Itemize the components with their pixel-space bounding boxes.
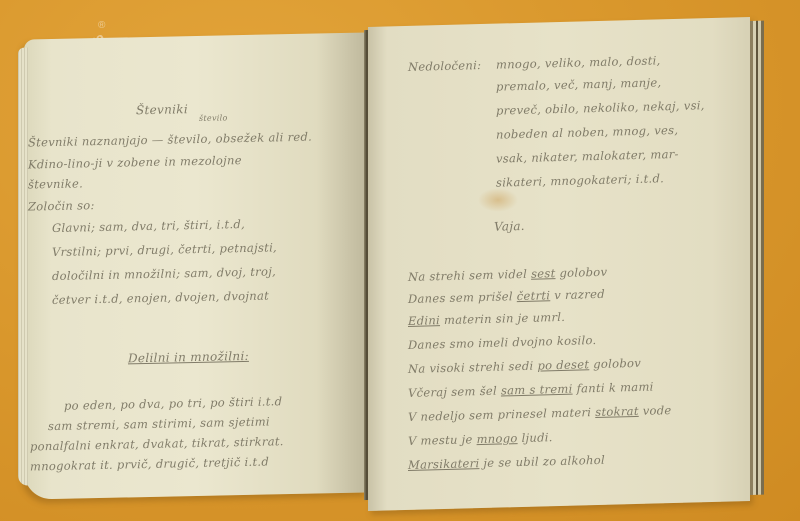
left-subheading: Delilni in množilni: bbox=[128, 349, 249, 366]
page-stack-edge bbox=[18, 48, 28, 486]
left-line: števnike. bbox=[28, 176, 83, 191]
left-line: Zoločin so: bbox=[28, 198, 95, 213]
exercise-line: Danes sem prišel četrti v razred bbox=[408, 287, 605, 306]
right-line: premalo, več, manj, manje, bbox=[496, 75, 661, 93]
exercise-line: Danes smo imeli dvojno kosilo. bbox=[408, 333, 597, 352]
right-line: vsak, nikater, malokater, mar- bbox=[496, 147, 679, 166]
right-line: nobeden al noben, mnog, ves, bbox=[496, 123, 678, 142]
left-line: četver i.t.d, enojen, dvojen, dvojnat bbox=[52, 288, 269, 307]
left-superscript: število bbox=[199, 113, 228, 123]
exercise-line: V nedeljo sem prinesel materi stokrat vo… bbox=[408, 403, 672, 424]
exercise-line: Na visoki strehi sedi po deset golobov bbox=[408, 356, 641, 376]
left-line: mnogokrat it. prvič, drugič, tretjič i.t… bbox=[30, 454, 269, 473]
right-heading: Vaja. bbox=[494, 219, 525, 234]
exercise-line: V mestu je mnogo ljudi. bbox=[408, 430, 553, 448]
left-line: Glavni; sam, dva, tri, štiri, i.t.d, bbox=[52, 217, 245, 235]
left-line: Vrstilni; prvi, drugi, četrti, petnajsti… bbox=[52, 240, 277, 259]
left-line: določilni in množilni; sam, dvoj, troj, bbox=[52, 264, 276, 283]
left-line: ponalfalni enkrat, dvakat, tikrat, stirk… bbox=[30, 434, 284, 453]
left-line: Števniki naznanjajo — število, obsežek a… bbox=[28, 130, 312, 150]
exercise-line: Na strehi sem videl sest golobov bbox=[408, 265, 607, 284]
right-line: sikateri, mnogokateri; i.t.d. bbox=[496, 171, 664, 189]
right-label: Nedoločeni: bbox=[408, 58, 481, 74]
left-line: po eden, po dva, po tri, po štiri i.t.d bbox=[64, 394, 282, 413]
notebook-right-page: Nedoločeni: mnogo, veliko, malo, dosti, … bbox=[368, 17, 750, 511]
left-line: sam stremi, sam stirimi, sam sjetimi bbox=[48, 414, 270, 433]
exercise-line: Marsikateri je se ubil zo alkohol bbox=[408, 453, 605, 472]
exercise-line: Edini materin sin je umrl. bbox=[408, 310, 565, 328]
right-line: preveč, obilo, nekoliko, nekaj, vsi, bbox=[496, 98, 705, 117]
page-stack-edge bbox=[750, 21, 764, 495]
exercise-line: Včeraj sem šel sam s tremi fanti k mami bbox=[408, 380, 654, 400]
registered-mark: ® bbox=[98, 20, 105, 31]
paper-stain bbox=[478, 188, 518, 212]
notebook-left-page: Števniki število Števniki naznanjajo — š… bbox=[24, 32, 368, 499]
left-line: Kdino-lino-ji v zobene in mezolojne bbox=[28, 153, 242, 171]
right-line: mnogo, veliko, malo, dosti, bbox=[496, 53, 661, 71]
left-heading: Števniki bbox=[136, 102, 188, 117]
